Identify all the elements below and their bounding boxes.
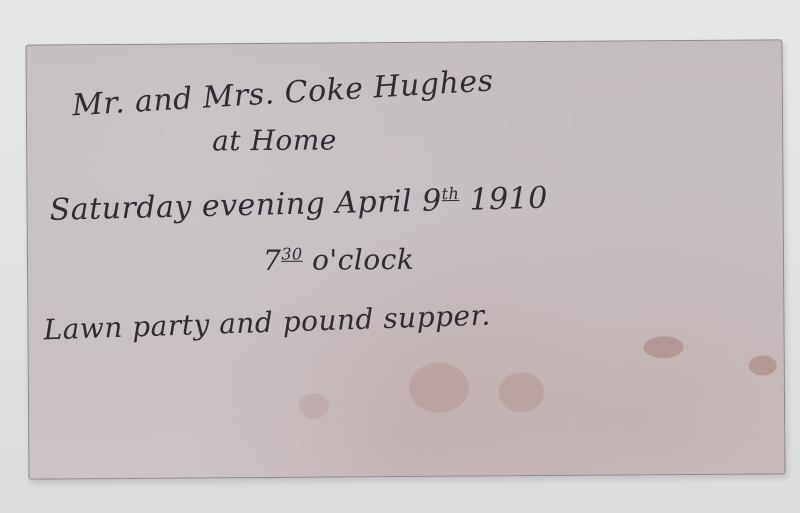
stain xyxy=(644,336,684,358)
time-minutes: 30 xyxy=(281,244,302,263)
event-line: Lawn party and pound supper. xyxy=(43,299,491,347)
time-oclock: o'clock xyxy=(312,243,414,277)
at-home-line: at Home xyxy=(212,123,337,157)
time-line: 730 o'clock xyxy=(263,243,415,277)
stain xyxy=(299,394,329,419)
stain xyxy=(749,355,777,375)
date-suffix: th xyxy=(441,184,459,203)
hosts-line: Mr. and Mrs. Coke Hughes xyxy=(71,63,494,123)
year-text: 1910 xyxy=(469,181,548,218)
time-hour: 7 xyxy=(263,244,282,277)
date-text: Saturday evening April 9 xyxy=(49,183,442,228)
date-line: Saturday evening April 9th 1910 xyxy=(49,181,548,228)
stain xyxy=(409,363,469,413)
invitation-card: Mr. and Mrs. Coke Hughes at Home Saturda… xyxy=(25,39,785,479)
stain xyxy=(499,372,544,412)
